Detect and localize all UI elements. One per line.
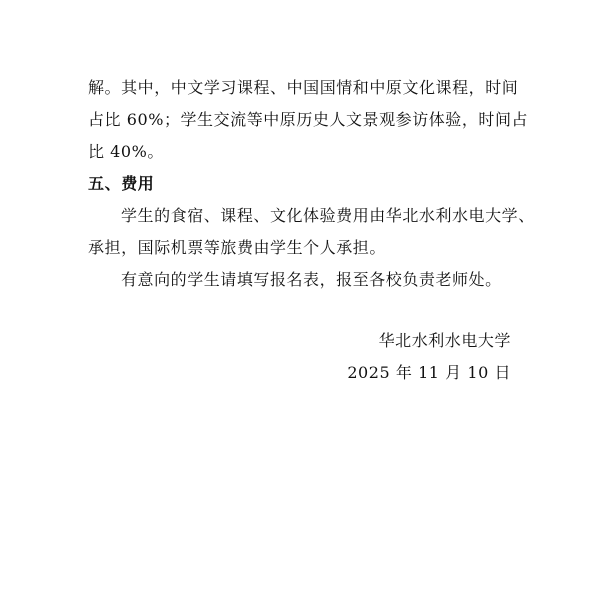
text-line: 解。其中，中文学习课程、中国国情和中原文化课程，时间 [88,72,512,104]
paragraph-application: 有意向的学生请填写报名表，报至各校负责老师处。 [88,264,512,296]
text-line: 承担，国际机票等旅费由学生个人承担。 [88,232,512,264]
text-line: 比 40%。 [88,136,512,168]
text-line: 学生的食宿、课程、文化体验费用由华北水利水电大学、 [88,200,512,232]
paragraph-fees: 学生的食宿、课程、文化体验费用由华北水利水电大学、 承担，国际机票等旅费由学生个… [88,200,512,264]
text-line: 有意向的学生请填写报名表，报至各校负责老师处。 [88,264,512,296]
signature-date: 2025 年 11 月 10 日 [347,357,511,389]
paragraph-time-allocation: 解。其中，中文学习课程、中国国情和中原文化课程，时间 占比 60%；学生交流等中… [88,72,512,168]
signature-organization: 华北水利水电大学 [379,325,511,357]
section-heading: 五、费用 [88,168,512,200]
document-body: 解。其中，中文学习课程、中国国情和中原文化课程，时间 占比 60%；学生交流等中… [88,72,512,296]
text-line: 占比 60%；学生交流等中原历史人文景观参访体验，时间占 [88,104,512,136]
section-fees: 五、费用 学生的食宿、课程、文化体验费用由华北水利水电大学、 承担，国际机票等旅… [88,168,512,296]
